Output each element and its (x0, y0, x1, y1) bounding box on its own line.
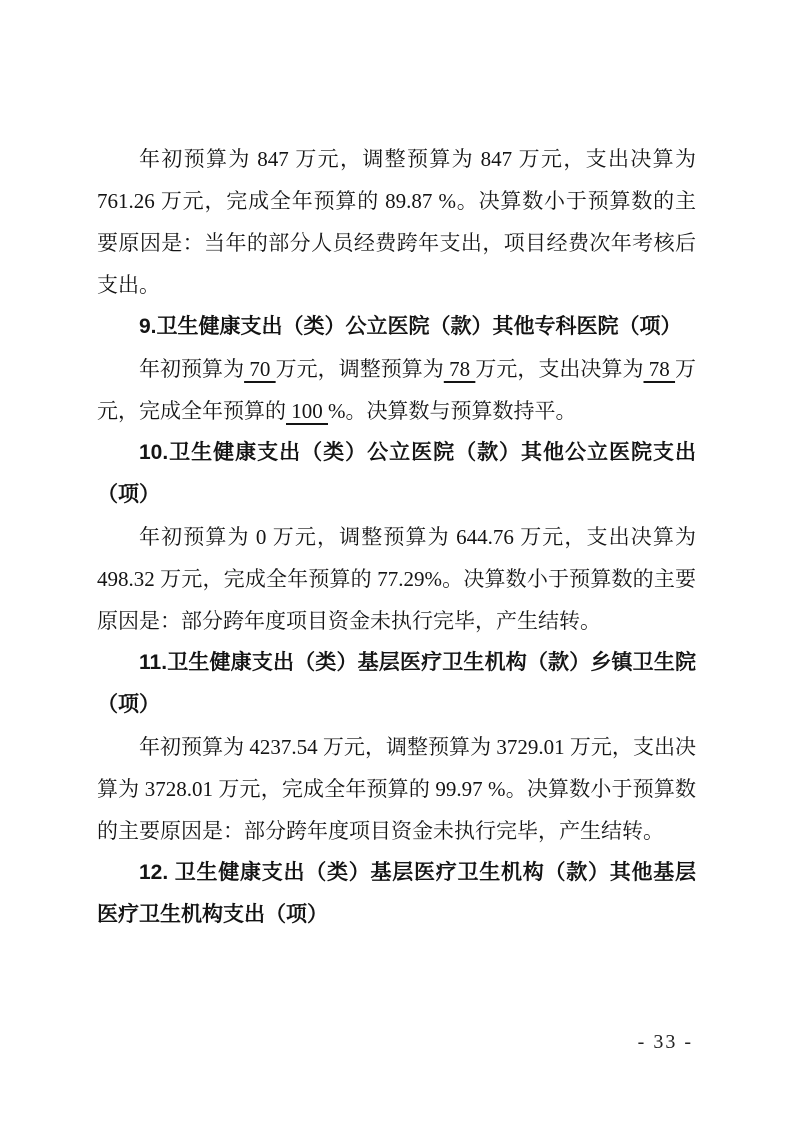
underlined-initial-budget-value: 70 (244, 357, 276, 381)
document-body: 年初预算为 847 万元，调整预算为 847 万元，支出决算为 761.26 万… (97, 138, 696, 936)
paragraph-text: %。决算数与预算数持平。 (328, 399, 577, 423)
paragraph-text: 年初预算为 4237.54 万元，调整预算为 3729.01 万元，支出决算为 … (97, 735, 696, 843)
underlined-adjusted-budget-value: 78 (444, 357, 476, 381)
heading-text: 12. 卫生健康支出（类）基层医疗卫生机构（款）其他基层医疗卫生机构支出（项） (97, 861, 696, 926)
paragraph-section-11-detail: 年初预算为 4237.54 万元，调整预算为 3729.01 万元，支出决算为 … (97, 726, 696, 852)
underlined-completion-percent-value: 100 (286, 399, 328, 423)
heading-text: 9.卫生健康支出（类）公立医院（款）其他专科医院（项） (139, 315, 682, 338)
underlined-final-expenditure-value: 78 (644, 357, 676, 381)
paragraph-section-10-detail: 年初预算为 0 万元，调整预算为 644.76 万元，支出决算为 498.32 … (97, 516, 696, 642)
section-heading-12: 12. 卫生健康支出（类）基层医疗卫生机构（款）其他基层医疗卫生机构支出（项） (97, 852, 696, 936)
paragraph-text: 年初预算为 0 万元，调整预算为 644.76 万元，支出决算为 498.32 … (97, 525, 696, 633)
document-page: 年初预算为 847 万元，调整预算为 847 万元，支出决算为 761.26 万… (0, 0, 793, 1122)
paragraph-text: 年初预算为 847 万元，调整预算为 847 万元，支出决算为 761.26 万… (97, 147, 696, 297)
paragraph-text: 万元，调整预算为 (276, 357, 444, 381)
heading-text: 10.卫生健康支出（类）公立医院（款）其他公立医院支出（项） (97, 441, 696, 506)
paragraph-text: 年初预算为 (139, 357, 244, 381)
paragraph-section-9-detail: 年初预算为 70 万元，调整预算为 78 万元，支出决算为 78 万元，完成全年… (97, 348, 696, 432)
section-heading-9: 9.卫生健康支出（类）公立医院（款）其他专科医院（项） (97, 306, 696, 348)
section-heading-11: 11.卫生健康支出（类）基层医疗卫生机构（款）乡镇卫生院（项） (97, 642, 696, 726)
paragraph-section-8-detail: 年初预算为 847 万元，调整预算为 847 万元，支出决算为 761.26 万… (97, 138, 696, 306)
heading-text: 11.卫生健康支出（类）基层医疗卫生机构（款）乡镇卫生院（项） (97, 651, 696, 716)
page-number: - 33 - (638, 1028, 693, 1056)
section-heading-10: 10.卫生健康支出（类）公立医院（款）其他公立医院支出（项） (97, 432, 696, 516)
paragraph-text: 万元，支出决算为 (475, 357, 643, 381)
